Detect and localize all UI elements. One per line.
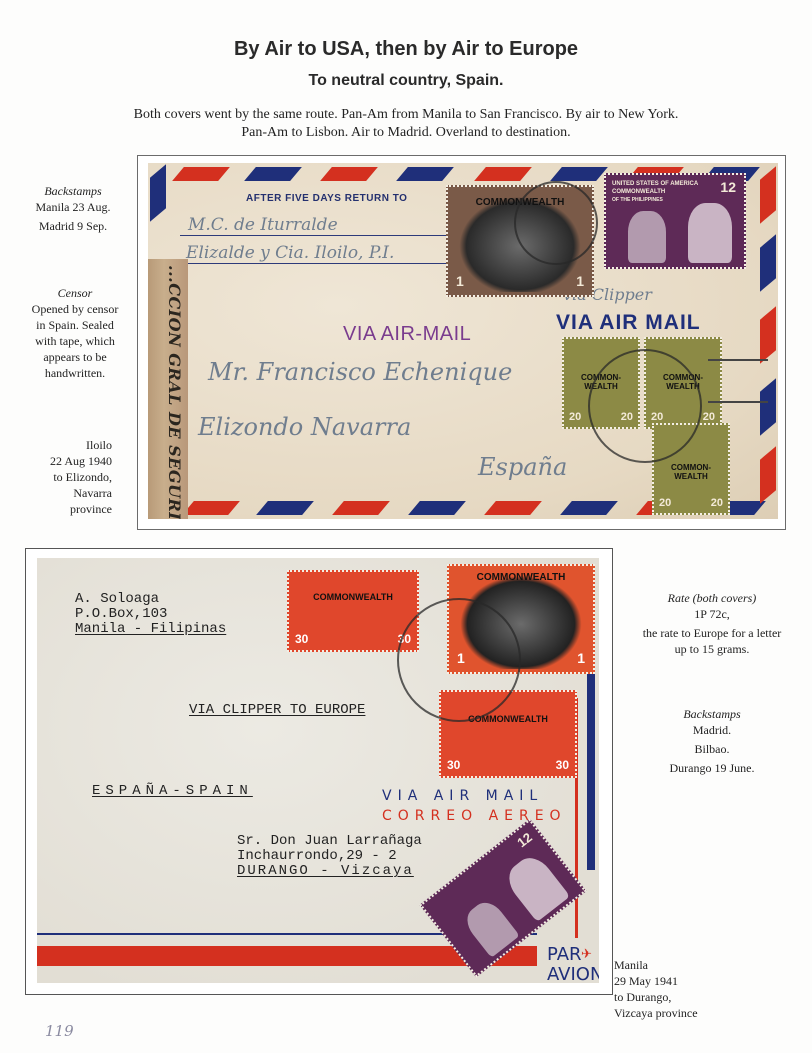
stamp-header: OF THE PHILIPPINES [612, 197, 704, 203]
censor-text-line: handwritten. [20, 365, 130, 381]
stamp-value: 12 [514, 830, 535, 851]
censor-text-line: with tape, which [20, 333, 130, 349]
route-line-1: Both covers went by the same route. Pan-… [0, 106, 812, 124]
censor-text-line: appears to be [20, 349, 130, 365]
origin-line: 29 May 1941 [614, 973, 794, 989]
stamp-12c-inauguration: UNITED STATES OF AMERICA COMMONWEALTH OF… [604, 173, 746, 269]
backstamps-heading: Backstamps [18, 183, 128, 199]
cover1-envelope: AFTER FIVE DAYS RETURN TO M.C. de Iturra… [148, 163, 778, 519]
addressee-line: Inchaurrondo,29 - 2 [237, 849, 422, 864]
backstamp-item: Manila 23 Aug. [18, 199, 128, 215]
cover2-envelope: A. Soloaga P.O.Box,103 Manila - Filipina… [37, 558, 599, 983]
censor-heading: Censor [20, 285, 130, 301]
postmark-manila [397, 598, 521, 722]
correo-aereo-label: CORREO AEREO [382, 808, 567, 824]
backstamp-item: Madrid. [612, 722, 812, 738]
airmail-border-left [150, 163, 166, 243]
return-line [180, 263, 450, 264]
origin-line: 22 Aug 1940 [20, 453, 112, 469]
stamp-header: COMMONWEALTH [612, 189, 704, 195]
postmark-iloilo [514, 181, 598, 265]
cover1-backstamps-note: Backstamps Manila 23 Aug. Madrid 9 Sep. [18, 183, 128, 234]
addressee-block: Sr. Don Juan Larrañaga Inchaurrondo,29 -… [237, 834, 422, 879]
addressee-line: Mr. Francisco Echenique [208, 358, 512, 386]
addressee-line: España [478, 453, 567, 481]
cover2-backstamps-note: Backstamps Madrid. Bilbao. Durango 19 Ju… [612, 706, 812, 776]
stamp-overprint: COMMONWEALTH [449, 572, 593, 583]
destination-country: ESPAÑA-SPAIN [92, 784, 253, 799]
stamp-value: 12 [720, 179, 736, 195]
stamp-value: 20 [659, 497, 671, 509]
rate-heading: Rate (both covers) [612, 590, 812, 606]
airmail-border-right [760, 163, 776, 519]
stamp-value: 1 [456, 273, 464, 289]
return-line [180, 235, 450, 236]
via-airmail-cachet: VIA AIR-MAIL [343, 323, 471, 346]
route-line-2: Pan-Am to Lisbon. Air to Madrid. Overlan… [0, 124, 812, 142]
sender-line: Manila - Filipinas [75, 622, 226, 637]
origin-line: province [20, 501, 112, 517]
stamp-value: 20 [711, 497, 723, 509]
stamp-value: 1 [576, 273, 584, 289]
wavy-cancel [708, 359, 768, 403]
via-airmail-printed: VIA AIR MAIL [556, 311, 701, 335]
via-clipper-label: VIA CLIPPER TO EUROPE [189, 703, 365, 718]
addressee-line: Elizondo Navarra [198, 413, 411, 441]
return-address-line: Elizalde y Cia. Iloilo, P.I. [186, 243, 394, 263]
origin-line: Manila [614, 957, 794, 973]
backstamp-item: Bilbao. [612, 741, 812, 757]
sender-line: P.O.Box,103 [75, 607, 226, 622]
censor-text-line: in Spain. Sealed [20, 317, 130, 333]
origin-line: to Elizondo, [20, 469, 112, 485]
page-title: By Air to USA, then by Air to Europe [0, 38, 812, 61]
addressee-line: Sr. Don Juan Larrañaga [237, 834, 422, 849]
origin-line: Vizcaya province [614, 1005, 794, 1021]
cover1-origin-note: Iloilo 22 Aug 1940 to Elizondo, Navarra … [20, 437, 112, 517]
stamp-header: UNITED STATES OF AMERICA [612, 181, 704, 187]
stamp-value: 30 [447, 758, 460, 772]
par-avion-line: AVION [547, 965, 599, 983]
rate-text: up to 15 grams. [612, 641, 812, 657]
via-air-mail-label: VIA AIR MAIL [382, 788, 543, 804]
postmark-iloilo [588, 349, 702, 463]
backstamp-item: Durango 19 June. [612, 760, 812, 776]
page-number: 119 [45, 1022, 74, 1040]
rate-text: the rate to Europe for a letter [612, 625, 812, 641]
cover1-censor-note: Censor Opened by censor in Spain. Sealed… [20, 285, 130, 381]
page-subtitle: To neutral country, Spain. [0, 72, 812, 90]
stamp-value: 30 [556, 758, 569, 772]
stamp-value: 1 [577, 650, 585, 666]
rate-note: Rate (both covers) 1P 72c, the rate to E… [612, 590, 812, 657]
origin-line: Iloilo [20, 437, 112, 453]
censor-tape-text: ...CCION GRAL DE SEGURIDAD [160, 265, 184, 515]
origin-line: to Durango, [614, 989, 794, 1005]
cover2-origin-note: Manila 29 May 1941 to Durango, Vizcaya p… [614, 957, 794, 1021]
stamp-value: 20 [703, 411, 715, 423]
rate-value: 1P 72c, [612, 606, 812, 622]
sender-address: A. Soloaga P.O.Box,103 Manila - Filipina… [75, 592, 226, 637]
return-label: AFTER FIVE DAYS RETURN TO [246, 193, 407, 204]
stamp-value: 30 [295, 632, 308, 646]
stamp-overprint: COMMONWEALTH [289, 592, 417, 602]
censor-tape: ...CCION GRAL DE SEGURIDAD [148, 259, 188, 519]
backstamp-item: Madrid 9 Sep. [18, 218, 128, 234]
stamp-value: 20 [569, 411, 581, 423]
route-description: Both covers went by the same route. Pan-… [0, 106, 812, 142]
censor-text-line: Opened by censor [20, 301, 130, 317]
backstamps-heading: Backstamps [612, 706, 812, 722]
origin-line: Navarra [20, 485, 112, 501]
sender-line: A. Soloaga [75, 592, 226, 607]
addressee-line: DURANGO - Vizcaya [237, 864, 422, 879]
airplane-glyph-icon: ✈ [581, 946, 592, 962]
return-address-line: M.C. de Iturralde [188, 215, 338, 235]
